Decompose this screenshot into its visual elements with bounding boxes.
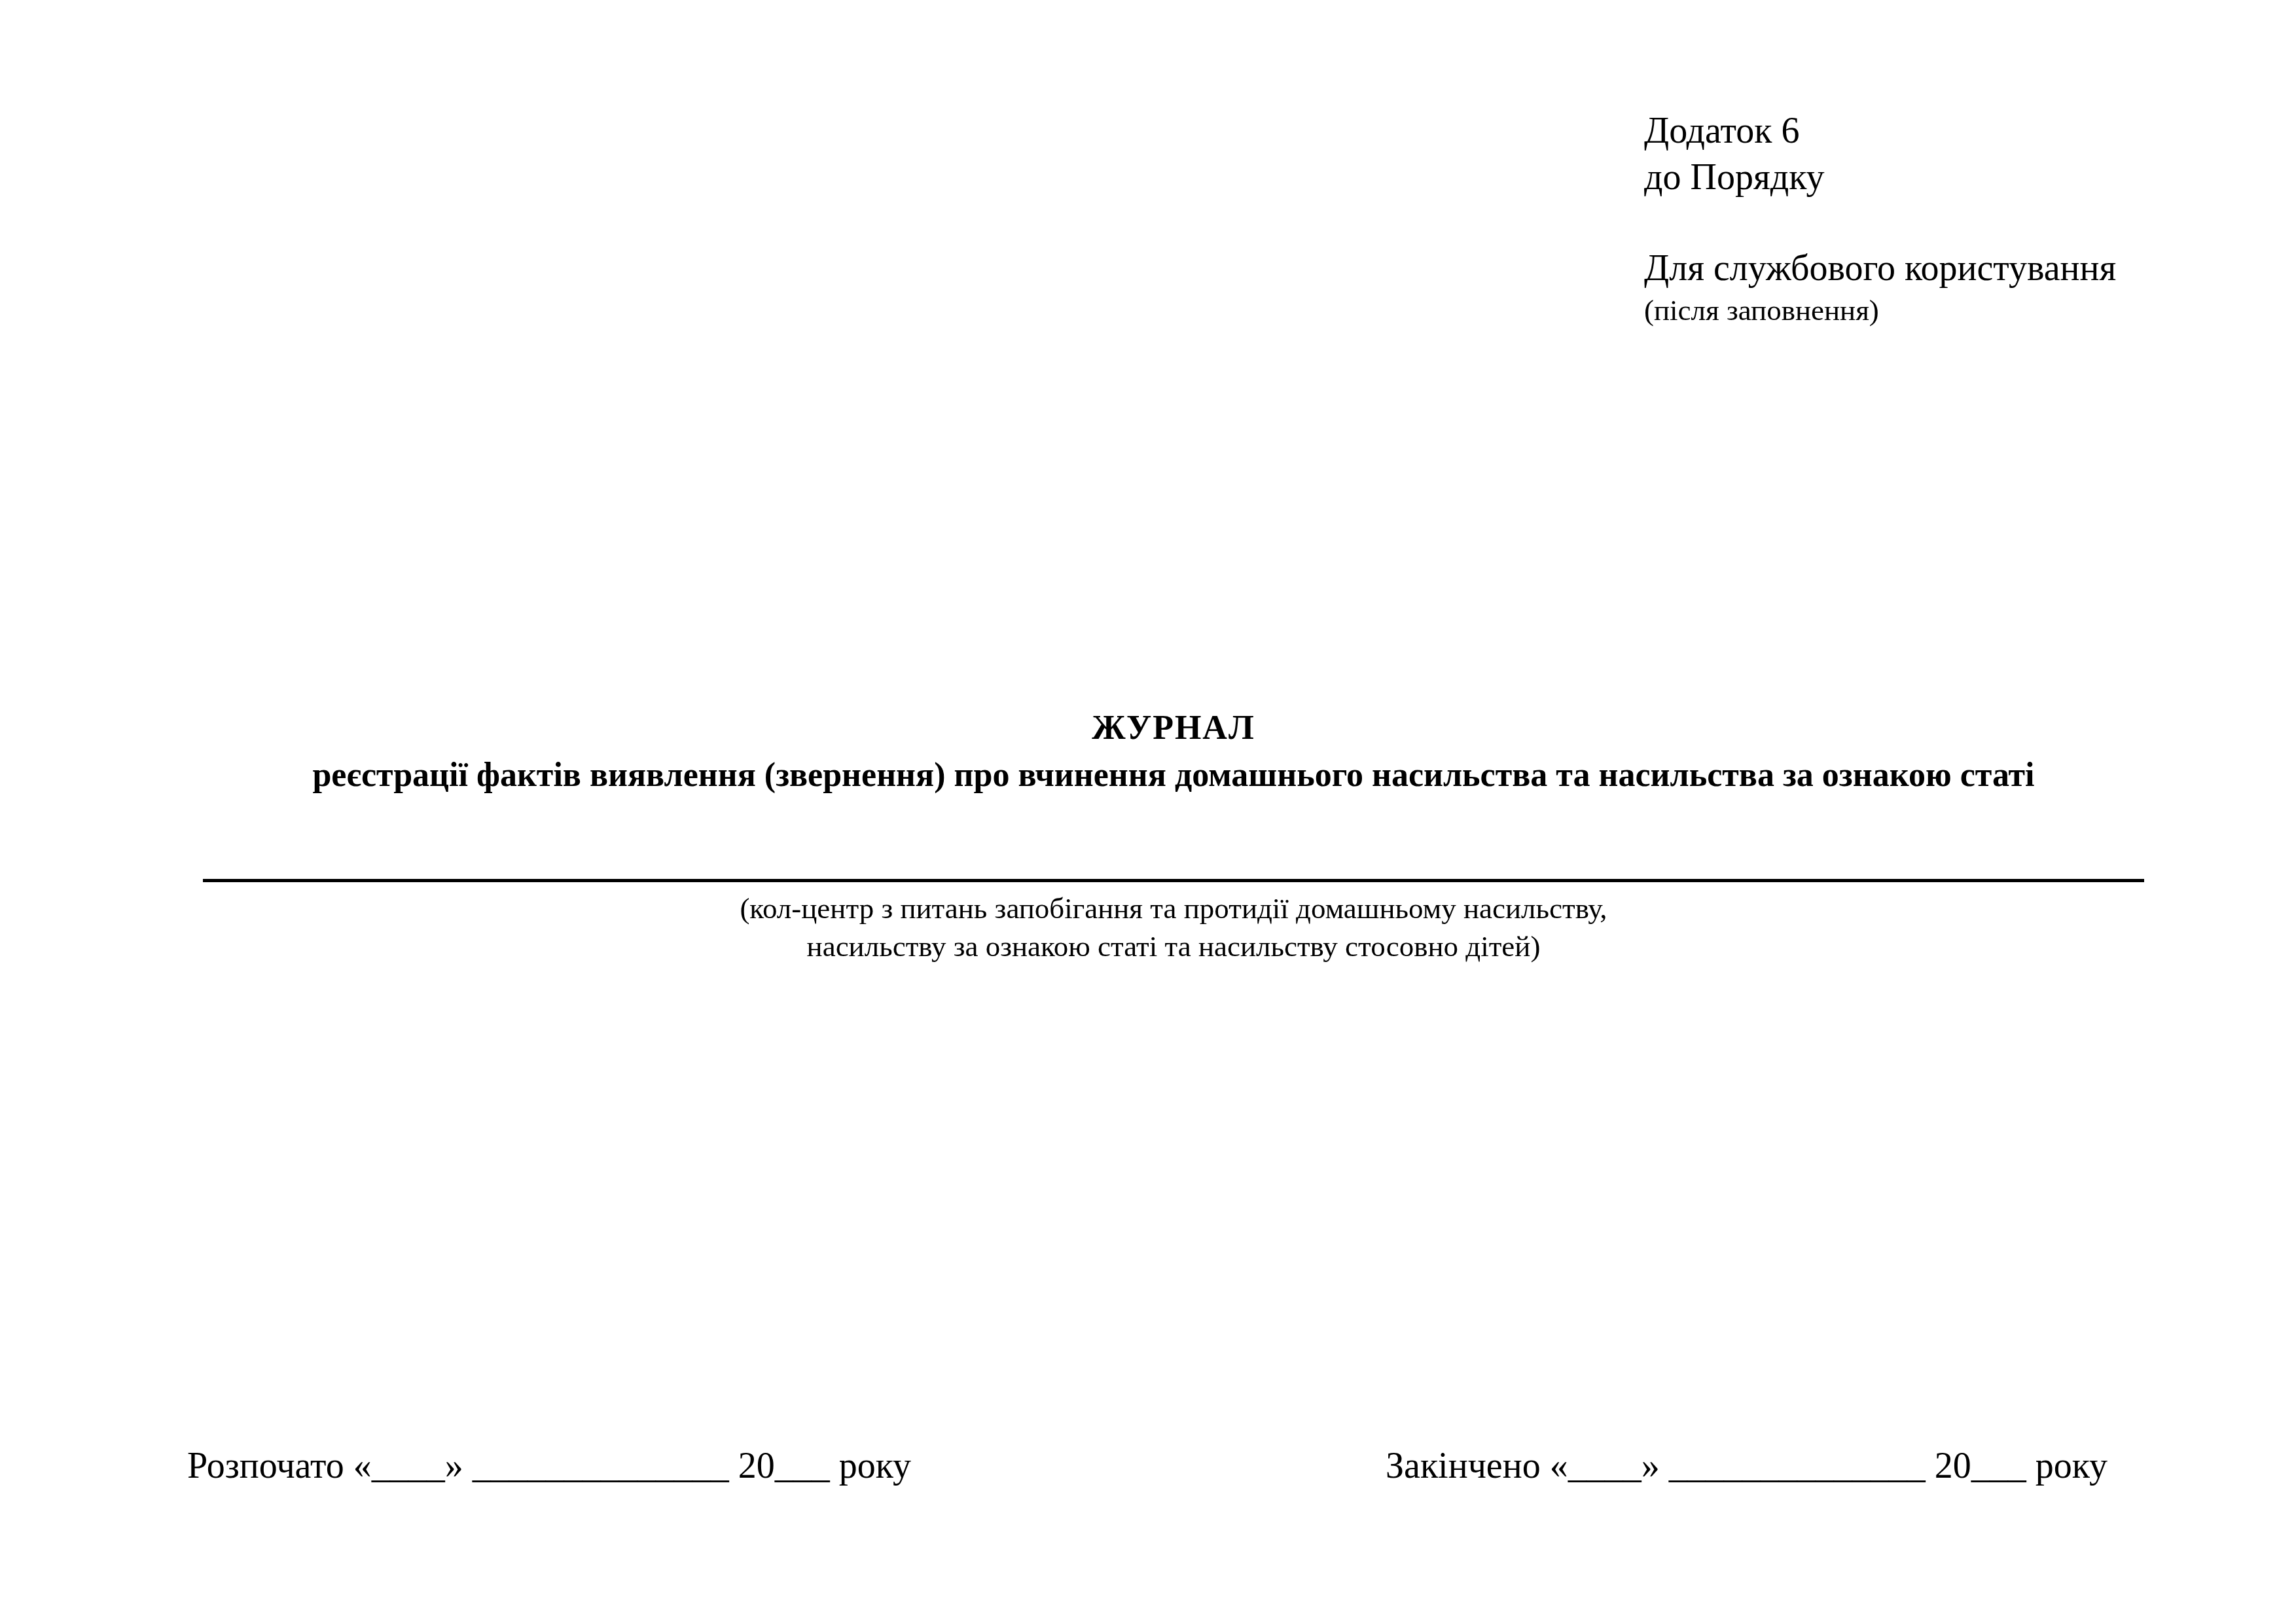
order-reference: до Порядку: [1644, 159, 1825, 196]
document-title: ЖУРНАЛ: [203, 709, 2144, 747]
finished-date-field[interactable]: Закінчено «____» ______________ 20___ ро…: [1386, 1445, 2108, 1487]
document-subtitle: реєстрації фактів виявлення (звернення) …: [203, 756, 2144, 794]
restriction-note: (після заповнення): [1644, 296, 1879, 325]
organization-caption-line2: насильству за ознакою статі та насильств…: [203, 929, 2144, 963]
started-date-field[interactable]: Розпочато «____» ______________ 20___ ро…: [187, 1445, 911, 1487]
organization-caption-line1: (кол-центр з питань запобігання та проти…: [203, 891, 2144, 925]
organization-field-line[interactable]: [203, 879, 2144, 882]
appendix-label: Додаток 6: [1644, 113, 1799, 149]
restriction-label: Для службового користування: [1644, 250, 2116, 287]
